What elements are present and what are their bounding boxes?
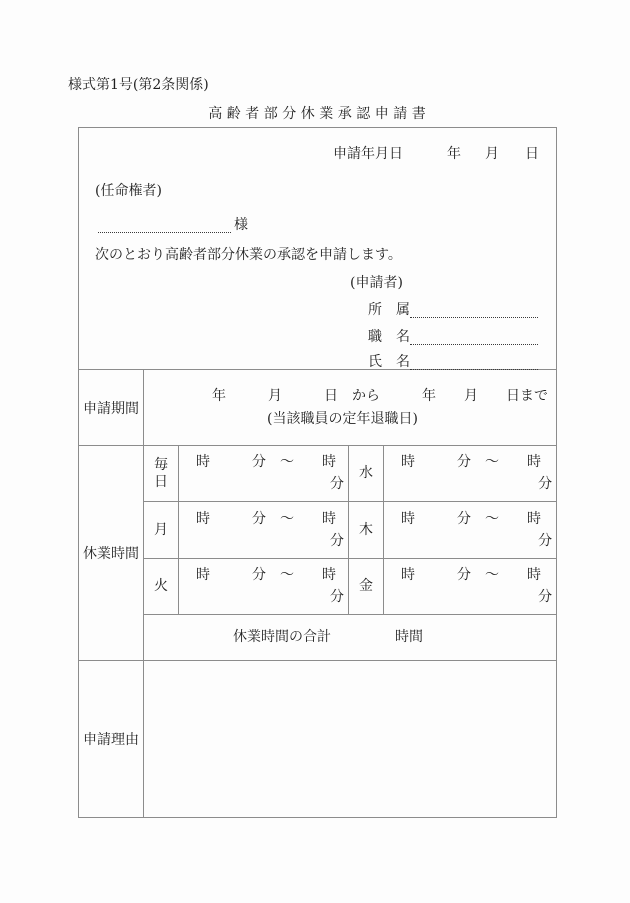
time-range-cell-tuesday[interactable]: 時 分 ～ 時 分 [179, 559, 349, 615]
day-label-friday: 金 [349, 559, 384, 615]
date-year-label: 年 [447, 146, 461, 162]
application-period-label: 申請期間 [79, 370, 144, 446]
affiliation-label: 所 属 [368, 303, 410, 318]
period-retirement-note: (当該職員の定年退職日) [144, 412, 556, 427]
day-label-monday: 月 [144, 502, 179, 559]
leave-hours-label: 休業時間 [79, 446, 144, 661]
date-month-label: 月 [485, 146, 499, 162]
job-title-field: 職 名 [368, 330, 538, 345]
day-label-tuesday: 火 [144, 559, 179, 615]
application-reason-label: 申請理由 [79, 661, 144, 818]
leave-hours-total-unit: 時間 [395, 630, 423, 645]
addressee-suffix: 様 [234, 218, 248, 233]
application-statement: 次のとおり高齢者部分休業の承認を申請します。 [95, 248, 402, 263]
form-header-cell: 申請年月日年月日 (任命権者) 様 次のとおり高齢者部分休業の承認を申請します。… [79, 128, 557, 370]
application-period-cell[interactable]: 年 月 日 から 年 月 日まで (当該職員の定年退職日) [144, 370, 557, 446]
time-range-cell-thursday[interactable]: 時 分 ～ 時 分 [384, 502, 557, 559]
name-fill-in-line[interactable] [410, 355, 538, 370]
period-date-range: 年 月 日 から 年 月 日まで [144, 389, 556, 404]
time-range-cell-monday[interactable]: 時 分 ～ 時 分 [179, 502, 349, 559]
application-date-line: 申請年月日年月日 [333, 147, 539, 162]
job-title-label: 職 名 [368, 330, 410, 345]
leave-hours-total-label: 休業時間の合計 [233, 630, 331, 645]
day-label-wednesday: 水 [349, 446, 384, 502]
addressee-fill-in-line[interactable] [98, 218, 231, 233]
form-code: 様式第1号(第2条関係) [68, 78, 209, 93]
applicant-label: (申請者) [350, 276, 403, 291]
affiliation-field: 所 属 [368, 303, 538, 318]
time-range-cell-everyday[interactable]: 時 分 ～ 時 分 [179, 446, 349, 502]
application-form-table: 申請年月日年月日 (任命権者) 様 次のとおり高齢者部分休業の承認を申請します。… [78, 127, 557, 818]
document-title: 高齢者部分休業承認申請書 [78, 106, 556, 122]
day-label-everyday: 毎日 [144, 446, 179, 502]
leave-hours-total-cell[interactable]: 休業時間の合計 時間 [144, 615, 557, 661]
time-range-cell-friday[interactable]: 時 分 ～ 時 分 [384, 559, 557, 615]
affiliation-fill-in-line[interactable] [410, 303, 538, 318]
name-field: 氏 名 [368, 355, 538, 370]
date-day-label: 日 [525, 146, 539, 162]
name-label: 氏 名 [368, 355, 410, 370]
application-date-label: 申請年月日 [333, 146, 403, 162]
addressee-line: 様 [98, 218, 248, 233]
day-label-thursday: 木 [349, 502, 384, 559]
application-reason-cell[interactable] [144, 661, 557, 818]
document-page: 様式第1号(第2条関係) 高齢者部分休業承認申請書 申請年月日年月日 (任命権者… [0, 0, 630, 903]
job-title-fill-in-line[interactable] [410, 330, 538, 345]
appointer-label: (任命権者) [95, 184, 162, 199]
time-range-cell-wednesday[interactable]: 時 分 ～ 時 分 [384, 446, 557, 502]
